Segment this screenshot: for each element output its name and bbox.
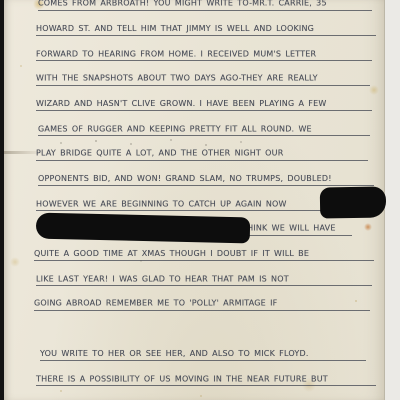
letter-line-text: QUITE A GOOD TIME AT XMAS THOUGH I DOUBT…	[34, 248, 309, 260]
letter-line-text: THINK WE WILL HAVE	[242, 223, 336, 235]
letter-line-text: WIZARD AND HASN'T CLIVE GROWN. I HAVE BE…	[36, 98, 326, 110]
letter-line: THINK WE WILL HAVE	[242, 222, 352, 236]
letter-line-text: GAMES OF RUGGER AND KEEPING PRETTY FIT A…	[38, 123, 312, 135]
letter-line-text: HOWEVER WE ARE BEGINNING TO CATCH UP AGA…	[36, 198, 287, 210]
letter-line-text: LIKE LAST YEAR! I WAS GLAD TO HEAR THAT …	[36, 273, 289, 285]
letter-line-text: FORWARD TO HEARING FROM HOME. I RECEIVED…	[36, 48, 316, 60]
letter-line: WITH THE SNAPSHOTS ABOUT TWO DAYS AGO-TH…	[36, 72, 370, 86]
letter-line: FORWARD TO HEARING FROM HOME. I RECEIVED…	[36, 47, 372, 61]
paper-speckles	[95, 140, 97, 142]
letter-line-text: GOING ABROAD REMEMBER ME TO 'POLLY' ARMI…	[34, 298, 277, 310]
letter-line-text: HOWARD ST. AND TELL HIM THAT JIMMY IS WE…	[36, 23, 314, 35]
scan-edge-strip	[0, 0, 4, 400]
redaction-block-left	[36, 213, 251, 244]
letter-line: GAMES OF RUGGER AND KEEPING PRETTY FIT A…	[38, 122, 370, 136]
letter-line-text: YOU WRITE TO HER OR SEE HER, AND ALSO TO…	[40, 348, 309, 360]
letter-line: HOWARD ST. AND TELL HIM THAT JIMMY IS WE…	[36, 22, 376, 36]
letter-line: COMES FROM ARBROATH! YOU MIGHT WRITE TO-…	[38, 0, 372, 11]
letter-line: THERE IS A POSSIBILITY OF US MOVING IN T…	[36, 372, 376, 386]
letter-scan: COMES FROM ARBROATH! YOU MIGHT WRITE TO-…	[0, 0, 400, 400]
letter-line-text: COMES FROM ARBROATH! YOU MIGHT WRITE TO-…	[38, 0, 327, 10]
letter-line: WIZARD AND HASN'T CLIVE GROWN. I HAVE BE…	[36, 97, 372, 111]
letter-line: PLAY BRIDGE QUITE A LOT, AND THE OTHER N…	[36, 147, 368, 161]
letter-line: YOU WRITE TO HER OR SEE HER, AND ALSO TO…	[40, 347, 366, 361]
letter-line: GOING ABROAD REMEMBER ME TO 'POLLY' ARMI…	[34, 297, 370, 311]
letter-line-text: WITH THE SNAPSHOTS ABOUT TWO DAYS AGO-TH…	[36, 73, 318, 85]
letter-line: OPPONENTS BID, AND WON! GRAND SLAM, NO T…	[38, 172, 374, 186]
redaction-block-right	[320, 186, 387, 218]
letter-line: QUITE A GOOD TIME AT XMAS THOUGH I DOUBT…	[34, 247, 374, 261]
letter-line-text: OPPONENTS BID, AND WON! GRAND SLAM, NO T…	[38, 173, 332, 185]
letter-line: LIKE LAST YEAR! I WAS GLAD TO HEAR THAT …	[36, 272, 372, 286]
letter-line-text: THERE IS A POSSIBILITY OF US MOVING IN T…	[36, 373, 328, 385]
letter-line-text: PLAY BRIDGE QUITE A LOT, AND THE OTHER N…	[36, 148, 283, 160]
